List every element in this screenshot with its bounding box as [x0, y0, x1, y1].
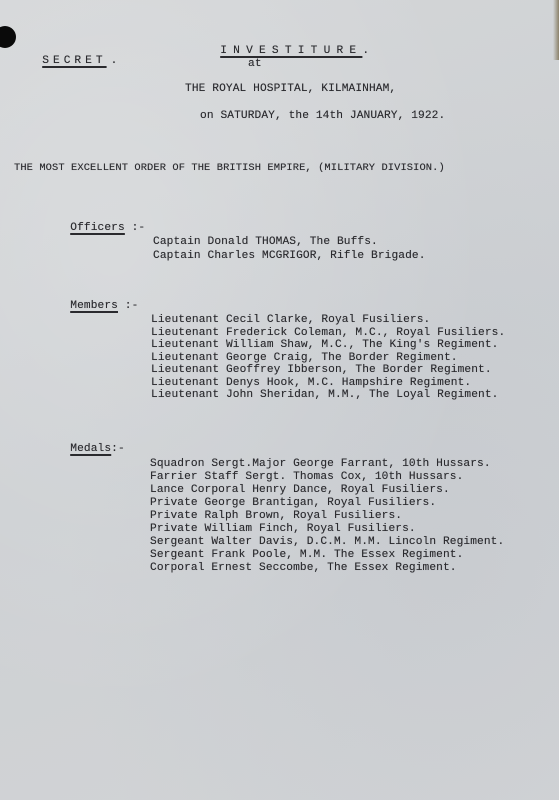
medals-list: Squadron Sergt.Major George Farrant, 10t… — [150, 458, 504, 575]
list-item: Lieutenant William Shaw, M.C., The King'… — [151, 339, 505, 352]
list-item: Lieutenant George Craig, The Border Regi… — [151, 352, 505, 365]
title-suffix: . — [362, 45, 369, 57]
venue-line: THE ROYAL HOSPITAL, KILMAINHAM, — [185, 83, 396, 96]
document-title: INVESTITURE — [220, 45, 362, 57]
list-item: Private William Finch, Royal Fusiliers. — [150, 523, 504, 536]
list-item: Lieutenant Geoffrey Ibberson, The Border… — [151, 364, 505, 377]
list-item: Lieutenant Denys Hook, M.C. Hampshire Re… — [151, 377, 505, 390]
list-item: Lieutenant Frederick Coleman, M.C., Roya… — [151, 327, 505, 340]
order-line: THE MOST EXCELLENT ORDER OF THE BRITISH … — [14, 162, 445, 175]
punch-hole — [0, 26, 16, 48]
at-line: at — [248, 58, 262, 71]
members-heading: Members — [70, 300, 118, 312]
list-item: Lieutenant Cecil Clarke, Royal Fusiliers… — [151, 314, 505, 327]
officers-heading: Officers — [70, 222, 125, 234]
list-item: Captain Donald THOMAS, The Buffs. — [153, 236, 426, 250]
list-item: Private Ralph Brown, Royal Fusiliers. — [150, 510, 504, 523]
list-item: Private George Brantigan, Royal Fusilier… — [150, 497, 504, 510]
members-heading-suffix: :- — [118, 300, 138, 312]
date-line: on SATURDAY, the 14th JANUARY, 1922. — [200, 110, 445, 123]
list-item: Squadron Sergt.Major George Farrant, 10t… — [150, 458, 504, 471]
classification-line: SECRET. — [15, 42, 117, 81]
members-heading-line: Members :- — [43, 287, 138, 326]
medals-heading-suffix: :- — [111, 443, 125, 455]
medals-heading-line: Medals:- — [43, 430, 125, 469]
document-page: SECRET. INVESTITURE. at THE ROYAL HOSPIT… — [0, 0, 559, 800]
list-item: Captain Charles MCGRIGOR, Rifle Brigade. — [153, 250, 426, 264]
list-item: Sergeant Walter Davis, D.C.M. M.M. Linco… — [150, 536, 504, 549]
list-item: Corporal Ernest Seccombe, The Essex Regi… — [150, 562, 504, 575]
officers-list: Captain Donald THOMAS, The Buffs. Captai… — [153, 236, 426, 263]
officers-heading-line: Officers :- — [43, 209, 145, 248]
classification-suffix: . — [111, 55, 118, 67]
paper-edge — [553, 0, 559, 60]
list-item: Lance Corporal Henry Dance, Royal Fusili… — [150, 484, 504, 497]
classification-label: SECRET — [42, 55, 106, 67]
officers-heading-suffix: :- — [125, 222, 145, 234]
list-item: Farrier Staff Sergt. Thomas Cox, 10th Hu… — [150, 471, 504, 484]
medals-heading: Medals — [70, 443, 111, 455]
list-item: Sergeant Frank Poole, M.M. The Essex Reg… — [150, 549, 504, 562]
members-list: Lieutenant Cecil Clarke, Royal Fusiliers… — [151, 314, 505, 402]
title-line: INVESTITURE. — [193, 32, 369, 71]
list-item: Lieutenant John Sheridan, M.M., The Loya… — [151, 389, 505, 402]
